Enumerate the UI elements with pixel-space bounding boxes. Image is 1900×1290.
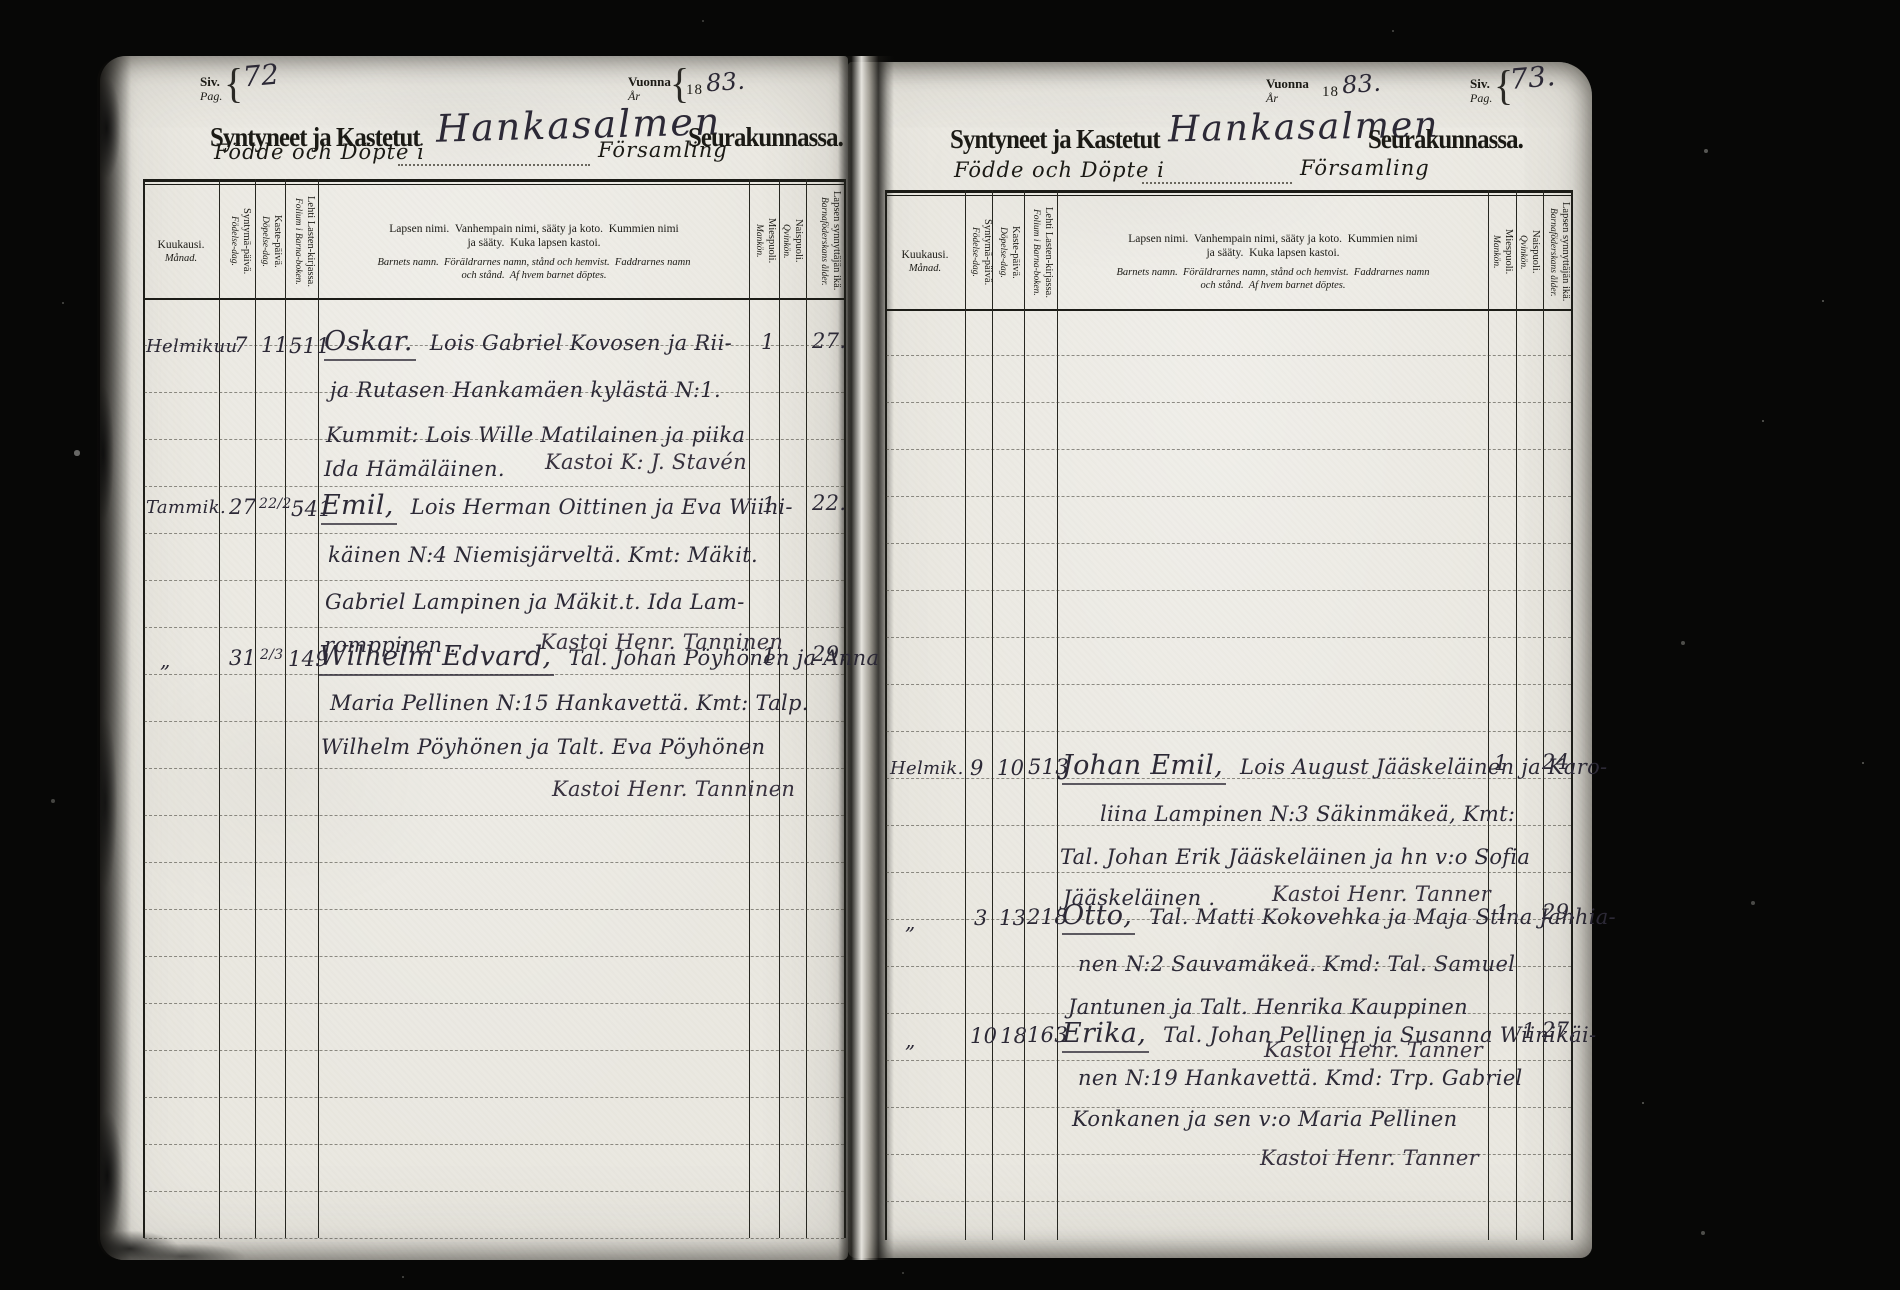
entry-baptism-day: 11 — [261, 335, 288, 356]
entry-birth-day: 31 — [229, 648, 256, 669]
entry-male: 1 — [761, 332, 775, 353]
entry-baptism-day: 13 — [999, 908, 1026, 929]
entry-month: „ — [905, 1030, 916, 1050]
entry-name-line: Oskar.Lois Gabriel Kovosen ja Rii- — [324, 328, 732, 355]
entry-mother-age: 27. — [812, 331, 846, 352]
right-header-mother-age: Lapsen synnyttäjän ikä. Barnaföderskans … — [1544, 198, 1572, 306]
left-header-female: Naispuoli. Qvinkön. — [780, 188, 805, 294]
entry-line: nen N:19 Hankavettä. Kmd: Trp. Gabriel — [1078, 1068, 1523, 1089]
entry-male: 1 — [1496, 903, 1510, 924]
church-record-scan: Siv. Pag. { 72 Vuonna År { 18 83. Syntyn… — [0, 0, 1900, 1290]
entry-mother-age: 29. — [1542, 902, 1576, 923]
scan-speckles — [0, 0, 2, 2]
child-name: Oskar. — [324, 326, 416, 361]
entry-line: Gabriel Lampinen ja Mäkit.t. Ida Lam- — [325, 592, 745, 613]
entry-line: nen N:2 Sauvamäkeä. Kmd: Tal. Samuel — [1078, 954, 1515, 975]
right-header-male: Miespuoli. Mankön. — [1489, 198, 1515, 306]
entry-line: käinen N:4 Niemisjärveltä. Kmt: Mäkit. — [328, 545, 758, 566]
entry-baptizer: Kastoi Henr. Tanninen — [552, 779, 795, 800]
entry-month: Tammik. — [146, 499, 226, 517]
entry-month: „ — [905, 912, 916, 932]
left-header-main: Lapsen nimi. Vanhempain nimi, sääty ja k… — [320, 222, 748, 282]
entry-name-line: Erika,Tal. Johan Pellinen ja Susanna Wii… — [1062, 1020, 1596, 1047]
left-header-birth-day: Syntymä-päivä. Födelse-dag. — [221, 188, 253, 294]
entry-baptizer: Kastoi K: J. Stavén — [545, 452, 747, 473]
right-header-main: Lapsen nimi. Vanhempain nimi, sääty ja k… — [1059, 232, 1487, 292]
child-name: Otto, — [1062, 900, 1135, 935]
left-header-mother-age: Lapsen synnyttäjän ikä. Barnaföderskans … — [807, 188, 843, 294]
entry-mother-age: 27. — [1542, 1020, 1576, 1041]
entry-name-line: Otto,Tal. Matti Kokovehka ja Maja Stina … — [1062, 902, 1616, 929]
entry-birth-day: 9 — [970, 758, 984, 779]
right-header-birth-day: Syntymä-päivä. Födelse-dag. — [966, 198, 994, 306]
entry-male: 1 — [762, 495, 776, 516]
child-name: Wilhelm Edvard, — [319, 641, 554, 676]
entry-mother-age: 29. — [812, 644, 846, 665]
entry-mother-age: 24 — [1542, 752, 1569, 773]
left-header-baptism-day: Kaste-päivä. Döpelse-dag. — [256, 188, 284, 294]
right-header-month: Kuukausi. Månad. — [885, 248, 965, 275]
entry-baptism-day: 18 — [1000, 1026, 1027, 1047]
entry-month: „ — [160, 650, 171, 670]
entry-male: 1 — [762, 646, 776, 667]
entry-baptizer: Kastoi Henr. Tanner — [1260, 1148, 1479, 1169]
entry-birth-day: 10 — [970, 1026, 997, 1047]
entry-baptism-day: 2/3 — [260, 648, 283, 662]
left-header-folio: Lehti Lasten-kirjassa. Folium i Barna-bo… — [286, 188, 317, 294]
entry-mother-age: 22. — [812, 493, 846, 514]
entry-baptism-day: 22/2 — [259, 497, 292, 511]
entry-line: Wilhelm Pöyhönen ja Talt. Eva Pöyhönen — [321, 737, 765, 758]
right-header-baptism-day: Kaste-päivä. Döpelse-dag. — [994, 198, 1022, 306]
left-header-male: Miespuoli. Mankön. — [750, 188, 778, 294]
entry-month: Helmik. — [890, 760, 964, 778]
right-header-female: Naispuoli. Qvinkön. — [1517, 198, 1542, 306]
scan-edge-artifact — [97, 56, 131, 1260]
right-ruled-lines — [886, 0, 1571, 1290]
entry-line: liina Lampinen N:3 Säkinmäkeä, Kmt: — [1100, 804, 1515, 825]
entry-name-line: Johan Emil,Lois August Jääskeläinen ja K… — [1062, 752, 1607, 779]
entry-line: Jantunen ja Talt. Henrika Kauppinen — [1068, 997, 1468, 1018]
entry-line: Maria Pellinen N:15 Hankavettä. Kmt: Tal… — [330, 693, 809, 714]
entry-baptism-day: 10 — [997, 758, 1024, 779]
entry-name-line: Wilhelm Edvard,Tal. Johan Pöyhönen ja An… — [319, 643, 879, 670]
entry-birth-day: 7 — [234, 335, 248, 356]
child-name: Emil, — [321, 490, 397, 525]
child-name: Erika, — [1062, 1018, 1149, 1053]
entry-line: Ida Hämäläinen. — [324, 459, 505, 480]
entry-line: ja Rutasen Hankamäen kylästä N:1. — [330, 380, 721, 401]
entry-birth-day: 3 — [974, 908, 988, 929]
entry-birth-day: 27 — [229, 497, 256, 518]
entry-male: 1 — [1494, 753, 1508, 774]
entry-month: Helmikuu — [146, 338, 237, 356]
entry-female: 1 — [1522, 1021, 1536, 1042]
entry-line: Tal. Johan Erik Jääskeläinen ja hn v:o S… — [1060, 847, 1530, 868]
child-name: Johan Emil, — [1062, 750, 1226, 785]
right-col-line — [1571, 190, 1573, 1240]
entry-name-line: Emil,Lois Herman Oittinen ja Eva Wiini- — [321, 492, 793, 519]
entry-line: Konkanen ja sen v:o Maria Pellinen — [1072, 1109, 1457, 1130]
right-header-folio: Lehti Lasten-kirjassa. Folium i Barna-bo… — [1026, 198, 1055, 306]
entry-line: Kummit: Lois Wille Matilainen ja piika — [326, 425, 745, 446]
left-header-month: Kuukausi. Månad. — [143, 238, 219, 265]
